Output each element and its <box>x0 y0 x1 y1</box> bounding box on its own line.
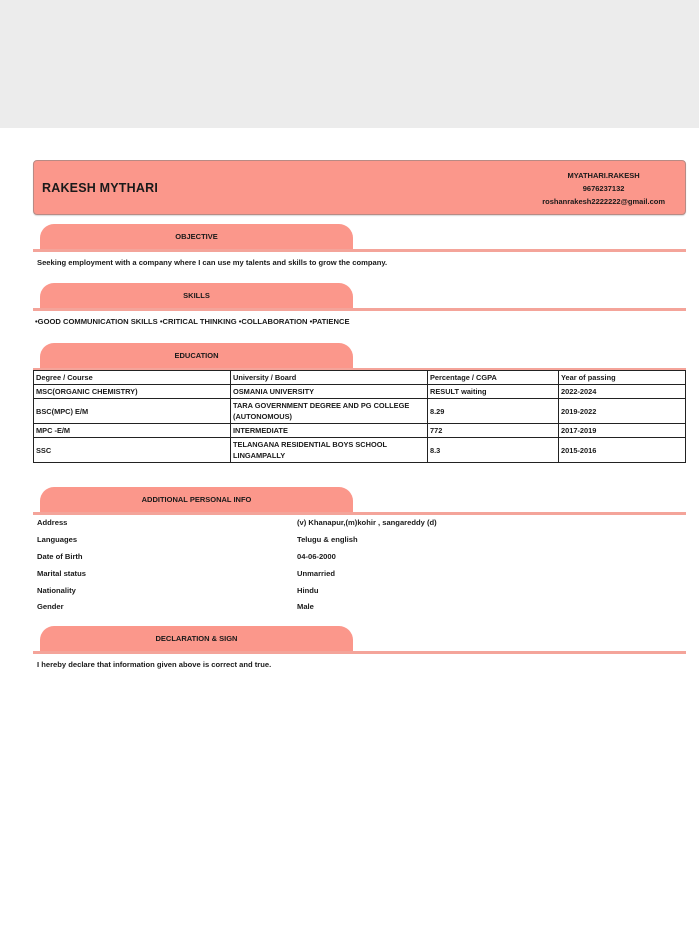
info-row-marital-status: Marital status Unmarried <box>37 569 677 586</box>
info-value: Unmarried <box>297 569 335 578</box>
table-cell: SSC <box>34 438 231 463</box>
table-cell: TELANGANA RESIDENTIAL BOYS SCHOOL LINGAM… <box>231 438 428 463</box>
table-row: MPC -E/M INTERMEDIATE 772 2017-2019 <box>34 424 686 438</box>
info-label: Address <box>37 518 67 527</box>
section-title-declaration: DECLARATION & SIGN <box>40 626 353 652</box>
info-value: 04-06-2000 <box>297 552 336 561</box>
table-cell: OSMANIA UNIVERSITY <box>231 385 428 399</box>
info-row-nationality: Nationality Hindu <box>37 586 677 603</box>
section-title-personal-info: ADDITIONAL PERSONAL INFO <box>40 487 353 513</box>
section-title-skills: SKILLS <box>40 283 353 309</box>
header-cell: Percentage / CGPA <box>428 371 559 385</box>
table-cell: 8.29 <box>428 399 559 424</box>
section-title-objective: OBJECTIVE <box>40 224 353 250</box>
table-cell: 2017-2019 <box>559 424 686 438</box>
education-table: Degree / Course University / Board Perce… <box>33 370 686 463</box>
section-divider <box>33 512 686 515</box>
resume-header: RAKESH MYTHARI MYATHARI.RAKESH 967623713… <box>33 160 686 215</box>
info-label: Gender <box>37 602 64 611</box>
info-value: Telugu & english <box>297 535 358 544</box>
table-row: BSC(MPC) E/M TARA GOVERNMENT DEGREE AND … <box>34 399 686 424</box>
info-label: Date of Birth <box>37 552 83 561</box>
table-header-row: Degree / Course University / Board Perce… <box>34 371 686 385</box>
contact-email: roshanrakesh2222222@gmail.com <box>542 195 665 208</box>
table-cell: TARA GOVERNMENT DEGREE AND PG COLLEGE (A… <box>231 399 428 424</box>
contact-phone: 9676237132 <box>542 182 665 195</box>
info-value: (v) Khanapur,(m)kohir , sangareddy (d) <box>297 518 437 527</box>
declaration-text: I hereby declare that information given … <box>37 660 271 669</box>
info-row-gender: Gender Male <box>37 602 677 619</box>
table-cell: 8.3 <box>428 438 559 463</box>
skills-text: •GOOD COMMUNICATION SKILLS •CRITICAL THI… <box>35 317 350 326</box>
table-row: MSC(ORGANIC CHEMISTRY) OSMANIA UNIVERSIT… <box>34 385 686 399</box>
table-cell: 2019-2022 <box>559 399 686 424</box>
info-value: Hindu <box>297 586 319 595</box>
table-cell: 2022-2024 <box>559 385 686 399</box>
table-cell: 772 <box>428 424 559 438</box>
table-cell: RESULT waiting <box>428 385 559 399</box>
table-cell: INTERMEDIATE <box>231 424 428 438</box>
section-divider <box>33 651 686 654</box>
table-cell: MSC(ORGANIC CHEMISTRY) <box>34 385 231 399</box>
section-title-education: EDUCATION <box>40 343 353 369</box>
table-cell: 2015-2016 <box>559 438 686 463</box>
section-divider <box>33 308 686 311</box>
objective-text: Seeking employment with a company where … <box>37 258 387 267</box>
header-cell: University / Board <box>231 371 428 385</box>
info-label: Languages <box>37 535 77 544</box>
contact-block: MYATHARI.RAKESH 9676237132 roshanrakesh2… <box>542 169 665 208</box>
top-gray-bar <box>0 0 699 128</box>
header-cell: Degree / Course <box>34 371 231 385</box>
info-label: Marital status <box>37 569 86 578</box>
info-value: Male <box>297 602 314 611</box>
table-cell: BSC(MPC) E/M <box>34 399 231 424</box>
table-cell: MPC -E/M <box>34 424 231 438</box>
table-row: SSC TELANGANA RESIDENTIAL BOYS SCHOOL LI… <box>34 438 686 463</box>
contact-name: MYATHARI.RAKESH <box>542 169 665 182</box>
info-row-address: Address (v) Khanapur,(m)kohir , sangared… <box>37 518 677 535</box>
section-divider <box>33 249 686 252</box>
info-label: Nationality <box>37 586 76 595</box>
info-row-languages: Languages Telugu & english <box>37 535 677 552</box>
candidate-name: RAKESH MYTHARI <box>42 181 158 195</box>
header-cell: Year of passing <box>559 371 686 385</box>
info-row-dob: Date of Birth 04-06-2000 <box>37 552 677 569</box>
